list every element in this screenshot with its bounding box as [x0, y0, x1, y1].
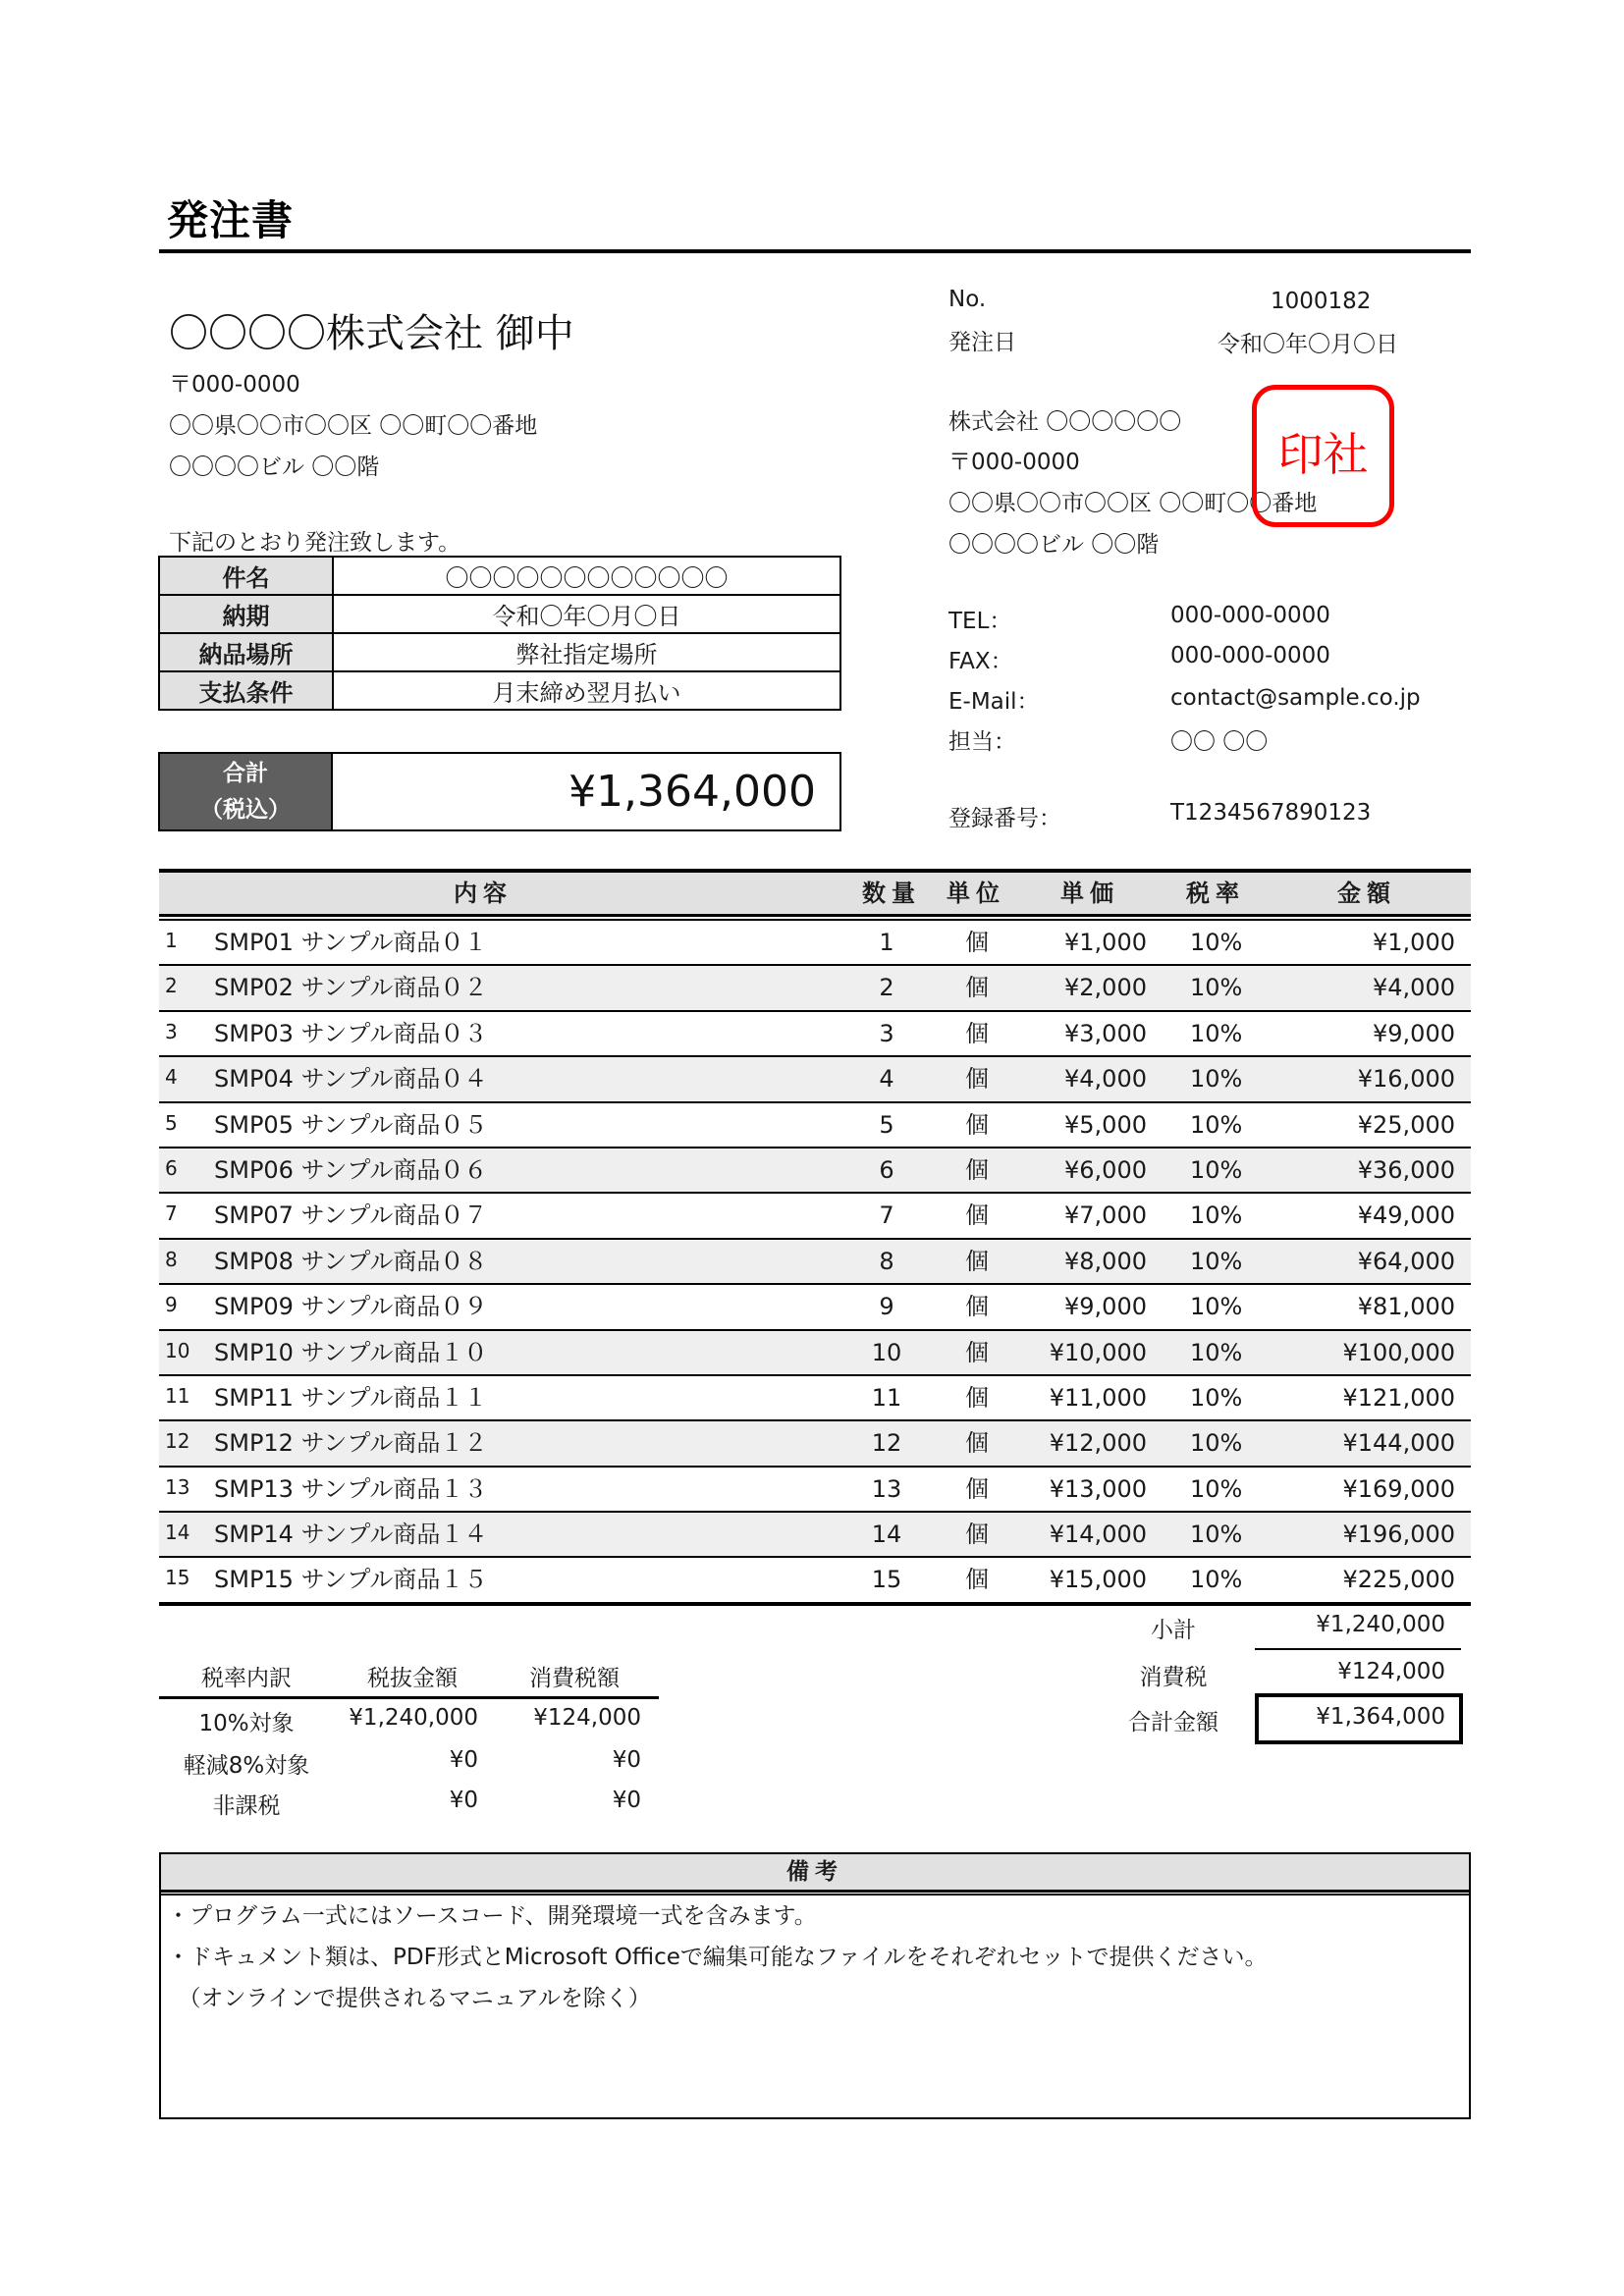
row-number: 13: [165, 1468, 189, 1507]
item-unit-price: ¥11,000: [1013, 1376, 1147, 1419]
item-amount: ¥81,000: [1288, 1285, 1455, 1328]
item-amount: ¥25,000: [1288, 1103, 1455, 1147]
item-name: SMP02 サンプル商品０２: [214, 966, 487, 1009]
item-amount: ¥16,000: [1288, 1057, 1455, 1100]
item-unit-price: ¥5,000: [1013, 1103, 1147, 1147]
order-no-label: No.: [948, 287, 986, 312]
table-row: 1SMP01 サンプル商品０１1個¥1,00010%¥1,000: [159, 921, 1471, 966]
item-tax-rate: 10%: [1190, 921, 1242, 964]
tax-breakdown-rate: 10%対象: [173, 1705, 320, 1737]
item-qty: 7: [854, 1194, 919, 1237]
tax-breakdown-rate: 非課税: [173, 1788, 320, 1820]
table-row: 7SMP07 サンプル商品０７7個¥7,00010%¥49,000: [159, 1194, 1471, 1239]
issuer-postal: 〒000-0000: [948, 444, 1080, 476]
header-qty: 数量: [852, 873, 931, 914]
table-row: 2SMP02 サンプル商品０２2個¥2,00010%¥4,000: [159, 966, 1471, 1011]
item-unit-price: ¥12,000: [1013, 1421, 1147, 1465]
order-date-value: 令和〇年〇月〇日: [1218, 326, 1398, 358]
item-unit: 個: [945, 1057, 1009, 1100]
subtotal-label: 小計: [1114, 1612, 1232, 1644]
items-table: 内容 数量 単位 単価 税率 金額 1SMP01 サンプル商品０１1個¥1,00…: [159, 869, 1471, 1606]
item-unit-price: ¥4,000: [1013, 1057, 1147, 1100]
info-value: 弊社指定場所: [333, 633, 840, 671]
item-unit: 個: [945, 1285, 1009, 1328]
table-row: 5SMP05 サンプル商品０５5個¥5,00010%¥25,000: [159, 1103, 1471, 1148]
row-number: 2: [165, 966, 178, 1005]
remarks-title: 備考: [161, 1854, 1469, 1890]
item-unit-price: ¥14,000: [1013, 1513, 1147, 1556]
company-seal-stamp: 印社: [1252, 385, 1394, 527]
info-value: 令和〇年〇月〇日: [333, 595, 840, 633]
info-label: 件名: [159, 557, 333, 595]
item-unit-price: ¥7,000: [1013, 1194, 1147, 1237]
table-row: 12SMP12 サンプル商品１２12個¥12,00010%¥144,000: [159, 1421, 1471, 1467]
header-tax: 税率: [1176, 873, 1255, 914]
recipient-address-1: 〇〇県〇〇市〇〇区 〇〇町〇〇番地: [169, 407, 537, 440]
subtotal-divider: [1255, 1648, 1461, 1650]
info-label: 支払条件: [159, 671, 333, 710]
item-tax-rate: 10%: [1190, 1558, 1242, 1601]
consumption-tax-value: ¥124,000: [1267, 1659, 1445, 1684]
item-unit: 個: [945, 1194, 1009, 1237]
header-unit: 単位: [937, 873, 1015, 914]
item-tax-rate: 10%: [1190, 1468, 1242, 1511]
tax-breakdown-header-tax: 消費税額: [511, 1660, 638, 1692]
row-number: 8: [165, 1240, 178, 1279]
contact-email-label: E-Mail：: [948, 683, 1040, 716]
item-unit: 個: [945, 1468, 1009, 1511]
item-qty: 12: [854, 1421, 919, 1465]
item-unit: 個: [945, 1421, 1009, 1465]
item-name: SMP15 サンプル商品１５: [214, 1558, 487, 1601]
item-amount: ¥121,000: [1288, 1376, 1455, 1419]
item-unit-price: ¥10,000: [1013, 1331, 1147, 1374]
table-row: 13SMP13 サンプル商品１３13個¥13,00010%¥169,000: [159, 1468, 1471, 1513]
row-number: 6: [165, 1148, 178, 1188]
item-name: SMP09 サンプル商品０９: [214, 1285, 487, 1328]
item-amount: ¥196,000: [1288, 1513, 1455, 1556]
info-row-deadline: 納期 令和〇年〇月〇日: [159, 595, 840, 633]
tax-breakdown-tax: ¥0: [491, 1747, 641, 1773]
item-qty: 14: [854, 1513, 919, 1556]
item-tax-rate: 10%: [1190, 1421, 1242, 1465]
item-amount: ¥169,000: [1288, 1468, 1455, 1511]
row-number: 15: [165, 1558, 189, 1597]
item-unit: 個: [945, 1012, 1009, 1055]
registration-label: 登録番号：: [948, 800, 1061, 832]
table-row: 8SMP08 サンプル商品０８8個¥8,00010%¥64,000: [159, 1240, 1471, 1285]
header-amount: 金額: [1327, 873, 1406, 914]
registration-value: T1234567890123: [1170, 800, 1371, 826]
table-row: 6SMP06 サンプル商品０６6個¥6,00010%¥36,000: [159, 1148, 1471, 1194]
consumption-tax-label: 消費税: [1114, 1659, 1232, 1691]
subtotal-value: ¥1,240,000: [1267, 1612, 1445, 1637]
info-row-payment-terms: 支払条件 月末締め翌月払い: [159, 671, 840, 710]
items-body: 1SMP01 サンプル商品０１1個¥1,00010%¥1,0002SMP02 サ…: [159, 921, 1471, 1604]
table-row: 9SMP09 サンプル商品０９9個¥9,00010%¥81,000: [159, 1285, 1471, 1330]
item-name: SMP04 サンプル商品０４: [214, 1057, 487, 1100]
header-name: 内容: [159, 873, 807, 914]
info-row-delivery-place: 納品場所 弊社指定場所: [159, 633, 840, 671]
item-qty: 8: [854, 1240, 919, 1283]
item-unit-price: ¥8,000: [1013, 1240, 1147, 1283]
document-title: 発注書: [167, 188, 294, 247]
item-tax-rate: 10%: [1190, 1148, 1242, 1192]
info-value: 月末締め翌月払い: [333, 671, 840, 710]
item-unit: 個: [945, 1513, 1009, 1556]
item-name: SMP11 サンプル商品１１: [214, 1376, 487, 1419]
row-number: 10: [165, 1331, 189, 1370]
item-tax-rate: 10%: [1190, 1240, 1242, 1283]
tax-breakdown-header-rate: 税率内訳: [183, 1660, 310, 1692]
issuer-address-2: 〇〇〇〇ビル 〇〇階: [948, 526, 1159, 559]
order-no-value: 1000182: [1271, 289, 1371, 314]
item-name: SMP08 サンプル商品０８: [214, 1240, 487, 1283]
grand-total-label: 合計金額: [1114, 1704, 1232, 1736]
table-row: 4SMP04 サンプル商品０４4個¥4,00010%¥16,000: [159, 1057, 1471, 1102]
item-unit-price: ¥13,000: [1013, 1468, 1147, 1511]
row-number: 7: [165, 1194, 178, 1233]
item-unit: 個: [945, 966, 1009, 1009]
recipient-postal: 〒000-0000: [169, 366, 300, 399]
item-name: SMP03 サンプル商品０３: [214, 1012, 487, 1055]
item-unit-price: ¥9,000: [1013, 1285, 1147, 1328]
item-unit-price: ¥3,000: [1013, 1012, 1147, 1055]
item-qty: 13: [854, 1468, 919, 1511]
issuer-company: 株式会社 〇〇〇〇〇〇: [948, 403, 1181, 436]
item-unit: 個: [945, 1148, 1009, 1192]
row-number: 11: [165, 1376, 189, 1415]
item-qty: 9: [854, 1285, 919, 1328]
item-unit-price: ¥6,000: [1013, 1148, 1147, 1192]
item-name: SMP06 サンプル商品０６: [214, 1148, 487, 1192]
item-amount: ¥36,000: [1288, 1148, 1455, 1192]
tax-breakdown-net: ¥0: [324, 1788, 478, 1813]
info-row-subject: 件名 〇〇〇〇〇〇〇〇〇〇〇〇: [159, 557, 840, 595]
item-unit-price: ¥2,000: [1013, 966, 1147, 1009]
row-number: 9: [165, 1285, 178, 1324]
item-amount: ¥144,000: [1288, 1421, 1455, 1465]
order-info-table: 件名 〇〇〇〇〇〇〇〇〇〇〇〇 納期 令和〇年〇月〇日 納品場所 弊社指定場所 …: [158, 556, 841, 711]
item-name: SMP01 サンプル商品０１: [214, 921, 487, 964]
remarks-line: ・ドキュメント類は、PDF形式とMicrosoft Officeで編集可能なファ…: [161, 1937, 1469, 1978]
header-price: 単価: [1051, 873, 1129, 914]
recipient-name: 〇〇〇〇株式会社 御中: [169, 302, 574, 358]
row-number: 5: [165, 1103, 178, 1143]
item-qty: 5: [854, 1103, 919, 1147]
stamp-text: 印社: [1278, 419, 1369, 484]
contact-fax-value: 000-000-0000: [1170, 643, 1330, 668]
table-row: 15SMP15 サンプル商品１５15個¥15,00010%¥225,000: [159, 1558, 1471, 1603]
item-tax-rate: 10%: [1190, 1285, 1242, 1328]
order-intro: 下記のとおり発注致します。: [169, 524, 460, 557]
total-amount-box: 合計 （税込） ¥1,364,000: [158, 752, 841, 831]
item-qty: 15: [854, 1558, 919, 1601]
table-row: 3SMP03 サンプル商品０３3個¥3,00010%¥9,000: [159, 1012, 1471, 1057]
item-amount: ¥1,000: [1288, 921, 1455, 964]
item-qty: 11: [854, 1376, 919, 1419]
item-tax-rate: 10%: [1190, 1331, 1242, 1374]
item-qty: 1: [854, 921, 919, 964]
item-qty: 3: [854, 1012, 919, 1055]
item-amount: ¥225,000: [1288, 1558, 1455, 1601]
table-row: 11SMP11 サンプル商品１１11個¥11,00010%¥121,000: [159, 1376, 1471, 1421]
item-unit: 個: [945, 1376, 1009, 1419]
row-number: 14: [165, 1513, 189, 1552]
tax-breakdown-divider: [159, 1696, 659, 1699]
remarks-line: （オンラインで提供されるマニュアルを除く）: [161, 1978, 1469, 2019]
item-unit: 個: [945, 1558, 1009, 1601]
item-name: SMP07 サンプル商品０７: [214, 1194, 487, 1237]
item-name: SMP14 サンプル商品１４: [214, 1513, 487, 1556]
total-label: 合計 （税込）: [160, 754, 333, 829]
order-date-label: 発注日: [948, 324, 1016, 356]
item-name: SMP12 サンプル商品１２: [214, 1421, 487, 1465]
item-qty: 4: [854, 1057, 919, 1100]
row-number: 3: [165, 1012, 178, 1051]
tax-breakdown-header-net: 税抜金額: [349, 1660, 476, 1692]
item-unit: 個: [945, 921, 1009, 964]
item-tax-rate: 10%: [1190, 1194, 1242, 1237]
item-unit-price: ¥1,000: [1013, 921, 1147, 964]
item-name: SMP10 サンプル商品１０: [214, 1331, 487, 1374]
row-number: 12: [165, 1421, 189, 1461]
contact-person-value: 〇〇 〇〇: [1170, 723, 1268, 756]
contact-fax-label: FAX：: [948, 643, 1013, 675]
contact-tel-label: TEL：: [948, 603, 1011, 635]
info-value: 〇〇〇〇〇〇〇〇〇〇〇〇: [333, 557, 840, 595]
remarks-box: 備考 ・プログラム一式にはソースコード、開発環境一式を含みます。 ・ドキュメント…: [159, 1852, 1471, 2119]
contact-person-label: 担当：: [948, 723, 1016, 756]
tax-breakdown-tax: ¥0: [491, 1788, 641, 1813]
info-label: 納品場所: [159, 633, 333, 671]
grand-total-value: ¥1,364,000: [1267, 1704, 1445, 1730]
item-unit: 個: [945, 1240, 1009, 1283]
row-number: 1: [165, 921, 178, 960]
title-divider: [159, 249, 1471, 253]
row-number: 4: [165, 1057, 178, 1096]
contact-tel-value: 000-000-0000: [1170, 603, 1330, 628]
item-tax-rate: 10%: [1190, 966, 1242, 1009]
item-amount: ¥4,000: [1288, 966, 1455, 1009]
item-name: SMP13 サンプル商品１３: [214, 1468, 487, 1511]
item-tax-rate: 10%: [1190, 1103, 1242, 1147]
total-value: ¥1,364,000: [333, 754, 839, 829]
item-tax-rate: 10%: [1190, 1012, 1242, 1055]
table-row: 10SMP10 サンプル商品１０10個¥10,00010%¥100,000: [159, 1331, 1471, 1376]
item-amount: ¥64,000: [1288, 1240, 1455, 1283]
item-amount: ¥100,000: [1288, 1331, 1455, 1374]
item-unit: 個: [945, 1331, 1009, 1374]
remarks-line: ・プログラム一式にはソースコード、開発環境一式を含みます。: [161, 1896, 1469, 1937]
tax-breakdown-net: ¥0: [324, 1747, 478, 1773]
tax-breakdown-net: ¥1,240,000: [324, 1705, 478, 1731]
item-qty: 6: [854, 1148, 919, 1192]
info-label: 納期: [159, 595, 333, 633]
item-tax-rate: 10%: [1190, 1057, 1242, 1100]
table-row: 14SMP14 サンプル商品１４14個¥14,00010%¥196,000: [159, 1513, 1471, 1558]
item-qty: 2: [854, 966, 919, 1009]
tax-breakdown-rate: 軽減8%対象: [173, 1747, 320, 1780]
item-unit-price: ¥15,000: [1013, 1558, 1147, 1601]
item-tax-rate: 10%: [1190, 1376, 1242, 1419]
item-amount: ¥9,000: [1288, 1012, 1455, 1055]
item-unit: 個: [945, 1103, 1009, 1147]
item-name: SMP05 サンプル商品０５: [214, 1103, 487, 1147]
item-tax-rate: 10%: [1190, 1513, 1242, 1556]
recipient-address-2: 〇〇〇〇ビル 〇〇階: [169, 449, 379, 481]
contact-email-value: contact@sample.co.jp: [1170, 685, 1421, 711]
tax-breakdown-tax: ¥124,000: [491, 1705, 641, 1731]
item-qty: 10: [854, 1331, 919, 1374]
items-header: 内容 数量 単位 単価 税率 金額: [159, 873, 1471, 914]
item-amount: ¥49,000: [1288, 1194, 1455, 1237]
